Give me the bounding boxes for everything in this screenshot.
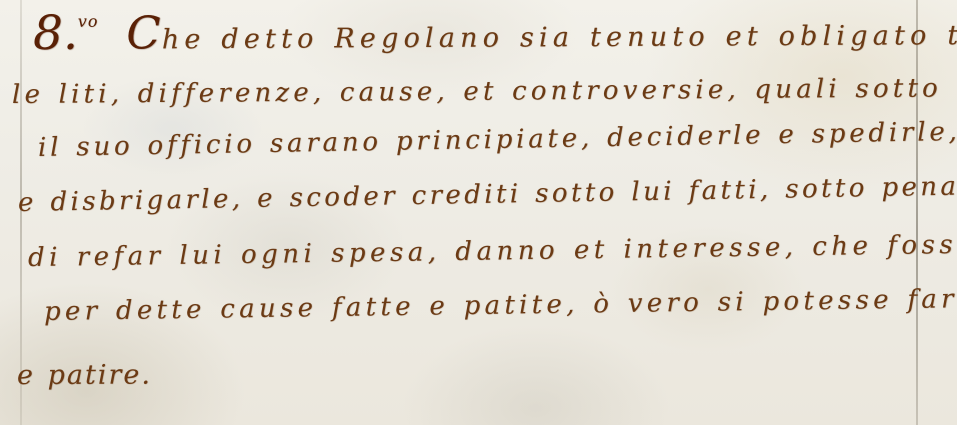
manuscript-line: 8.vo Che detto Regolano sia tenuto et ob… xyxy=(33,7,957,56)
manuscript-line: e disbrigarle, e scoder crediti sotto lu… xyxy=(18,172,957,218)
manuscript-text: il suo officio sarano principiate, decid… xyxy=(38,117,957,163)
section-number-superscript: vo xyxy=(78,12,99,31)
manuscript-line: le liti, differenze, cause, et controver… xyxy=(12,74,942,110)
manuscript-line: il suo officio sarano principiate, decid… xyxy=(38,117,957,163)
manuscript-line: e patire. xyxy=(17,360,152,391)
manuscript-text: per dette cause fatte e patite, ò vero s… xyxy=(44,284,957,327)
manuscript-line: per dette cause fatte e patite, ò vero s… xyxy=(44,284,957,327)
manuscript-text: di refar lui ogni spesa, danno et intere… xyxy=(28,230,957,273)
section-number: 8. xyxy=(33,6,78,61)
manuscript-page: 8.vo Che detto Regolano sia tenuto et ob… xyxy=(0,0,957,425)
manuscript-text: le liti, differenze, cause, et controver… xyxy=(12,74,942,110)
right-margin-rule xyxy=(916,0,918,425)
manuscript-text: Che detto Regolano sia tenuto et obligat… xyxy=(126,15,957,56)
manuscript-text: e disbrigarle, e scoder crediti sotto lu… xyxy=(18,172,957,218)
manuscript-text: e patire. xyxy=(17,360,152,391)
manuscript-line: di refar lui ogni spesa, danno et intere… xyxy=(28,230,957,273)
